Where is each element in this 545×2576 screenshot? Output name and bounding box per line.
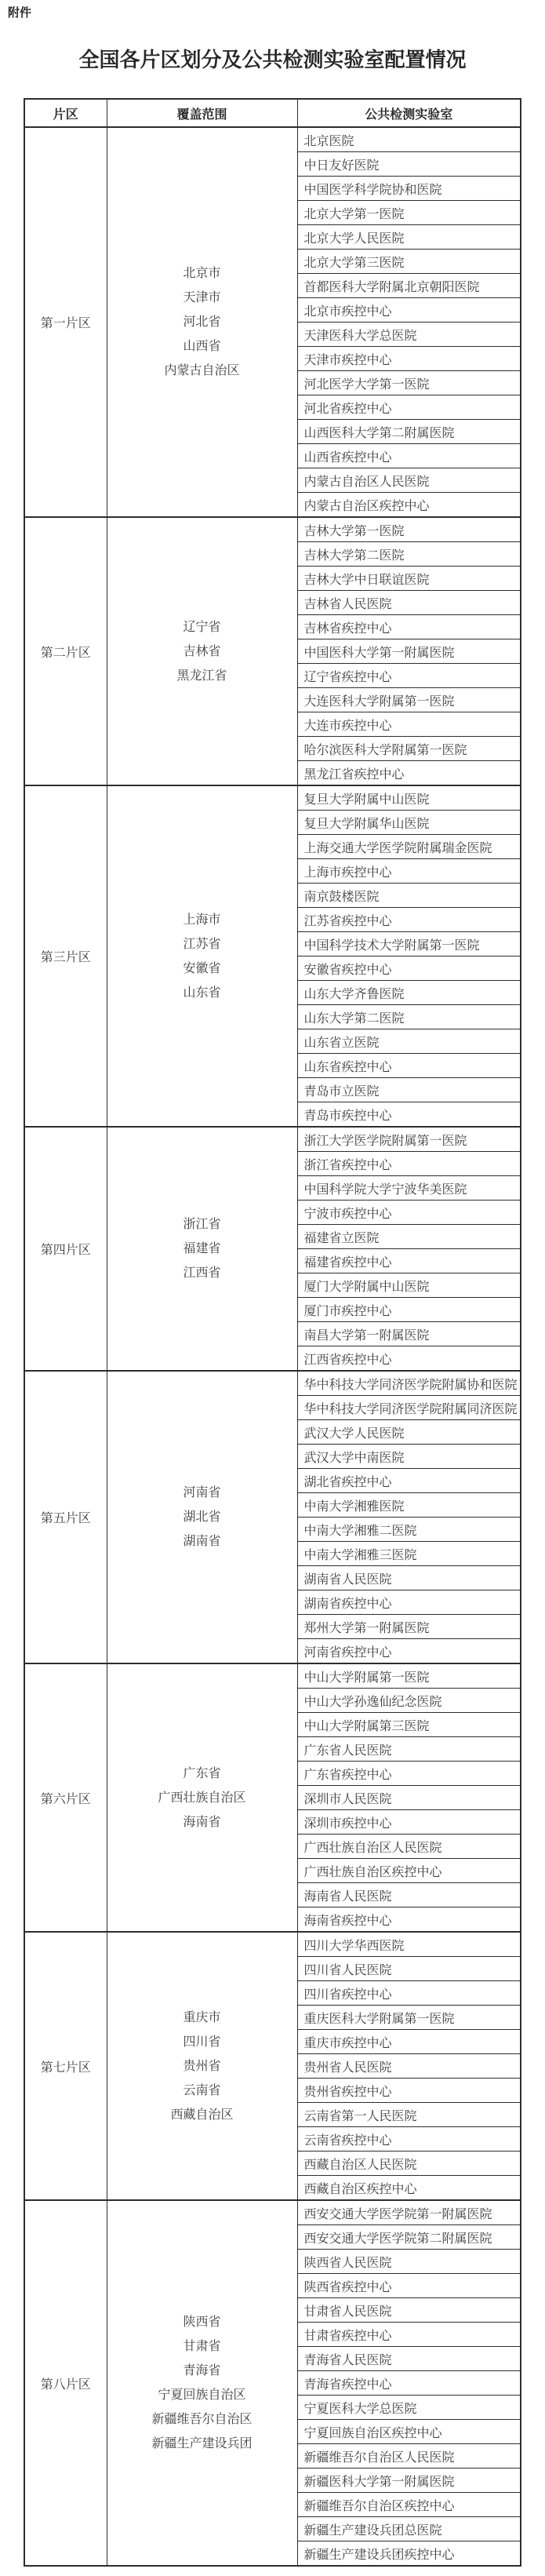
lab-cell: 重庆医科大学附属第一医院 (297, 2006, 521, 2030)
lab-cell: 南昌大学第一附属医院 (297, 1322, 521, 1346)
lab-cell: 福建省疾控中心 (297, 1249, 521, 1273)
coverage-item: 青海省 (107, 2359, 297, 2383)
lab-cell: 南京鼓楼医院 (297, 884, 521, 908)
region-cell: 第一片区 (24, 127, 107, 517)
lab-cell: 中国医学科学院协和医院 (297, 177, 521, 201)
table-row: 第七片区重庆市四川省贵州省云南省西藏自治区四川大学华西医院 (24, 1932, 521, 1957)
coverage-item: 云南省 (107, 2079, 297, 2103)
lab-cell: 宁波市疾控中心 (297, 1201, 521, 1225)
lab-cell: 武汉大学中南医院 (297, 1445, 521, 1469)
lab-cell: 云南省第一人民医院 (297, 2103, 521, 2127)
lab-cell: 新疆生产建设兵团疾控中心 (297, 2541, 521, 2567)
table-row: 第三片区上海市江苏省安徽省山东省复旦大学附属中山医院 (24, 785, 521, 811)
lab-cell: 吉林省疾控中心 (297, 615, 521, 639)
coverage-item: 宁夏回族自治区 (107, 2383, 297, 2407)
table-row: 第一片区北京市天津市河北省山西省内蒙古自治区北京医院 (24, 127, 521, 152)
coverage-cell: 北京市天津市河北省山西省内蒙古自治区 (107, 127, 297, 517)
coverage-item: 重庆市 (107, 2006, 297, 2030)
lab-cell: 北京市疾控中心 (297, 298, 521, 322)
lab-cell: 内蒙古自治区人民医院 (297, 468, 521, 493)
coverage-cell: 上海市江苏省安徽省山东省 (107, 785, 297, 1127)
lab-cell: 青海省人民医院 (297, 2347, 521, 2371)
coverage-item: 吉林省 (107, 639, 297, 664)
coverage-cell: 河南省湖北省湖南省 (107, 1371, 297, 1663)
lab-cell: 吉林大学第一医院 (297, 517, 521, 542)
coverage-item: 陕西省 (107, 2310, 297, 2334)
lab-cell: 深圳市疾控中心 (297, 1810, 521, 1835)
region-cell: 第六片区 (24, 1663, 107, 1932)
lab-cell: 新疆医科大学第一附属医院 (297, 2469, 521, 2493)
lab-cell: 云南省疾控中心 (297, 2127, 521, 2152)
lab-cell: 河北省疾控中心 (297, 395, 521, 420)
lab-cell: 内蒙古自治区疾控中心 (297, 493, 521, 518)
lab-cell: 复旦大学附属中山医院 (297, 785, 521, 811)
coverage-item: 西藏自治区 (107, 2103, 297, 2127)
lab-cell: 重庆市疾控中心 (297, 2030, 521, 2054)
lab-cell: 吉林大学第二医院 (297, 542, 521, 567)
lab-cell: 华中科技大学同济医学院附属同济医院 (297, 1396, 521, 1420)
coverage-item: 浙江省 (107, 1212, 297, 1237)
table-row: 第六片区广东省广西壮族自治区海南省中山大学附属第一医院 (24, 1663, 521, 1689)
lab-cell: 青岛市疾控中心 (297, 1102, 521, 1128)
lab-cell: 天津市疾控中心 (297, 347, 521, 371)
lab-cell: 湖北省疾控中心 (297, 1469, 521, 1493)
lab-cell: 北京大学第三医院 (297, 250, 521, 274)
region-cell: 第二片区 (24, 517, 107, 785)
lab-cell: 西藏自治区疾控中心 (297, 2176, 521, 2201)
lab-cell: 上海交通大学医学院附属瑞金医院 (297, 835, 521, 859)
lab-cell: 陕西省人民医院 (297, 2250, 521, 2274)
lab-cell: 吉林省人民医院 (297, 591, 521, 615)
coverage-item: 山西省 (107, 334, 297, 359)
lab-cell: 中山大学孙逸仙纪念医院 (297, 1689, 521, 1713)
lab-cell: 甘肃省疾控中心 (297, 2323, 521, 2347)
lab-cell: 哈尔滨医科大学附属第一医院 (297, 737, 521, 761)
lab-cell: 山西医科大学第二附属医院 (297, 420, 521, 444)
header-row: 片区覆盖范围公共检测实验室 (24, 99, 521, 127)
coverage-item: 北京市 (107, 261, 297, 286)
lab-cell: 山东大学第二医院 (297, 1005, 521, 1029)
lab-cell: 山东省疾控中心 (297, 1054, 521, 1078)
coverage-item: 湖南省 (107, 1529, 297, 1554)
lab-cell: 华中科技大学同济医学院附属协和医院 (297, 1371, 521, 1396)
region-cell: 第八片区 (24, 2200, 107, 2566)
lab-cell: 山东省立医院 (297, 1029, 521, 1054)
lab-cell: 新疆生产建设兵团总医院 (297, 2517, 521, 2541)
lab-cell: 西安交通大学医学院第一附属医院 (297, 2200, 521, 2225)
coverage-item: 安徽省 (107, 956, 297, 981)
lab-cell: 浙江省疾控中心 (297, 1152, 521, 1176)
lab-cell: 中国医科大学第一附属医院 (297, 639, 521, 664)
lab-cell: 厦门市疾控中心 (297, 1298, 521, 1322)
coverage-item: 新疆维吾尔自治区 (107, 2407, 297, 2432)
lab-cell: 青海省疾控中心 (297, 2371, 521, 2396)
lab-cell: 中日友好医院 (297, 152, 521, 177)
table-row: 第五片区河南省湖北省湖南省华中科技大学同济医学院附属协和医院 (24, 1371, 521, 1396)
lab-cell: 河北医学大学第一医院 (297, 371, 521, 395)
coverage-item: 四川省 (107, 2030, 297, 2054)
attachment-label: 附件 (8, 4, 31, 20)
lab-cell: 中国科学院大学宁波华美医院 (297, 1176, 521, 1201)
coverage-item: 山东省 (107, 981, 297, 1005)
lab-cell: 宁夏医科大学总医院 (297, 2396, 521, 2420)
lab-cell: 新疆维吾尔自治区人民医院 (297, 2444, 521, 2469)
lab-cell: 厦门大学附属中山医院 (297, 1273, 521, 1298)
coverage-item: 河北省 (107, 310, 297, 334)
lab-cell: 广东省疾控中心 (297, 1762, 521, 1786)
coverage-cell: 广东省广西壮族自治区海南省 (107, 1663, 297, 1932)
coverage-cell: 浙江省福建省江西省 (107, 1127, 297, 1371)
lab-cell: 辽宁省疾控中心 (297, 664, 521, 688)
lab-cell: 北京大学第一医院 (297, 201, 521, 225)
lab-cell: 黑龙江省疾控中心 (297, 761, 521, 786)
lab-cell: 深圳市人民医院 (297, 1786, 521, 1810)
coverage-item: 湖北省 (107, 1505, 297, 1529)
lab-cell: 广西壮族自治区人民医院 (297, 1835, 521, 1859)
table-row: 第二片区辽宁省吉林省黑龙江省吉林大学第一医院 (24, 517, 521, 542)
lab-cell: 大连医科大学附属第一医院 (297, 688, 521, 712)
coverage-item: 黑龙江省 (107, 664, 297, 688)
lab-cell: 中南大学湘雅医院 (297, 1493, 521, 1518)
lab-cell: 西安交通大学医学院第二附属医院 (297, 2225, 521, 2250)
coverage-item: 江苏省 (107, 932, 297, 956)
lab-cell: 中南大学湘雅二医院 (297, 1518, 521, 1542)
lab-cell: 天津医科大学总医院 (297, 322, 521, 347)
lab-cell: 西藏自治区人民医院 (297, 2152, 521, 2176)
region-cell: 第四片区 (24, 1127, 107, 1371)
table-body: 第一片区北京市天津市河北省山西省内蒙古自治区北京医院中日友好医院中国医学科学院协… (24, 127, 521, 2566)
document-page: 附件 全国各片区划分及公共检测实验室配置情况 片区覆盖范围公共检测实验室 第一片… (0, 0, 545, 2576)
region-lab-table: 片区覆盖范围公共检测实验室 第一片区北京市天津市河北省山西省内蒙古自治区北京医院… (24, 98, 521, 2567)
coverage-item: 河南省 (107, 1481, 297, 1505)
column-header: 公共检测实验室 (297, 99, 521, 127)
lab-cell: 广东省人民医院 (297, 1737, 521, 1762)
lab-cell: 中国科学技术大学附属第一医院 (297, 932, 521, 956)
coverage-item: 上海市 (107, 908, 297, 932)
lab-cell: 大连市疾控中心 (297, 712, 521, 737)
lab-cell: 中南大学湘雅三医院 (297, 1542, 521, 1566)
lab-cell: 江苏省疾控中心 (297, 908, 521, 932)
coverage-item: 内蒙古自治区 (107, 359, 297, 383)
lab-cell: 甘肃省人民医院 (297, 2298, 521, 2323)
lab-cell: 陕西省疾控中心 (297, 2274, 521, 2298)
lab-cell: 新疆维吾尔自治区疾控中心 (297, 2493, 521, 2517)
coverage-item: 贵州省 (107, 2054, 297, 2079)
column-header: 片区 (24, 99, 107, 127)
lab-cell: 广西壮族自治区疾控中心 (297, 1859, 521, 1883)
lab-cell: 四川大学华西医院 (297, 1932, 521, 1957)
lab-cell: 北京大学人民医院 (297, 225, 521, 250)
lab-cell: 四川省疾控中心 (297, 1981, 521, 2006)
lab-cell: 安徽省疾控中心 (297, 956, 521, 981)
lab-cell: 河南省疾控中心 (297, 1639, 521, 1664)
lab-cell: 贵州省人民医院 (297, 2054, 521, 2079)
lab-cell: 上海市疾控中心 (297, 859, 521, 884)
table-row: 第四片区浙江省福建省江西省浙江大学医学院附属第一医院 (24, 1127, 521, 1152)
lab-cell: 四川省人民医院 (297, 1957, 521, 1981)
coverage-item: 江西省 (107, 1261, 297, 1285)
coverage-item: 福建省 (107, 1237, 297, 1261)
region-cell: 第五片区 (24, 1371, 107, 1663)
page-title: 全国各片区划分及公共检测实验室配置情况 (0, 0, 545, 73)
lab-cell: 郑州大学第一附属医院 (297, 1615, 521, 1639)
coverage-item: 新疆生产建设兵团 (107, 2432, 297, 2456)
coverage-cell: 重庆市四川省贵州省云南省西藏自治区 (107, 1932, 297, 2200)
lab-cell: 湖南省疾控中心 (297, 1590, 521, 1615)
coverage-item: 辽宁省 (107, 615, 297, 639)
lab-cell: 海南省人民医院 (297, 1883, 521, 1907)
lab-cell: 福建省立医院 (297, 1225, 521, 1249)
lab-cell: 复旦大学附属华山医院 (297, 811, 521, 835)
region-cell: 第七片区 (24, 1932, 107, 2200)
lab-cell: 吉林大学中日联谊医院 (297, 567, 521, 591)
lab-cell: 青岛市立医院 (297, 1078, 521, 1102)
lab-cell: 山东大学齐鲁医院 (297, 981, 521, 1005)
lab-cell: 贵州省疾控中心 (297, 2079, 521, 2103)
coverage-cell: 辽宁省吉林省黑龙江省 (107, 517, 297, 785)
lab-cell: 浙江大学医学院附属第一医院 (297, 1127, 521, 1152)
lab-cell: 江西省疾控中心 (297, 1346, 521, 1372)
lab-cell: 首都医科大学附属北京朝阳医院 (297, 274, 521, 298)
region-cell: 第三片区 (24, 785, 107, 1127)
lab-cell: 中山大学附属第三医院 (297, 1713, 521, 1737)
coverage-item: 广西壮族自治区 (107, 1786, 297, 1810)
lab-cell: 武汉大学人民医院 (297, 1420, 521, 1445)
table-row: 第八片区陕西省甘肃省青海省宁夏回族自治区新疆维吾尔自治区新疆生产建设兵团西安交通… (24, 2200, 521, 2225)
column-header: 覆盖范围 (107, 99, 297, 127)
coverage-item: 天津市 (107, 286, 297, 310)
coverage-cell: 陕西省甘肃省青海省宁夏回族自治区新疆维吾尔自治区新疆生产建设兵团 (107, 2200, 297, 2566)
lab-cell: 海南省疾控中心 (297, 1907, 521, 1933)
coverage-item: 海南省 (107, 1810, 297, 1835)
coverage-item: 广东省 (107, 1762, 297, 1786)
coverage-item: 甘肃省 (107, 2334, 297, 2359)
lab-cell: 北京医院 (297, 127, 521, 152)
lab-cell: 湖南省人民医院 (297, 1566, 521, 1590)
lab-cell: 山西省疾控中心 (297, 444, 521, 468)
lab-cell: 宁夏回族自治区疾控中心 (297, 2420, 521, 2444)
lab-cell: 中山大学附属第一医院 (297, 1663, 521, 1689)
